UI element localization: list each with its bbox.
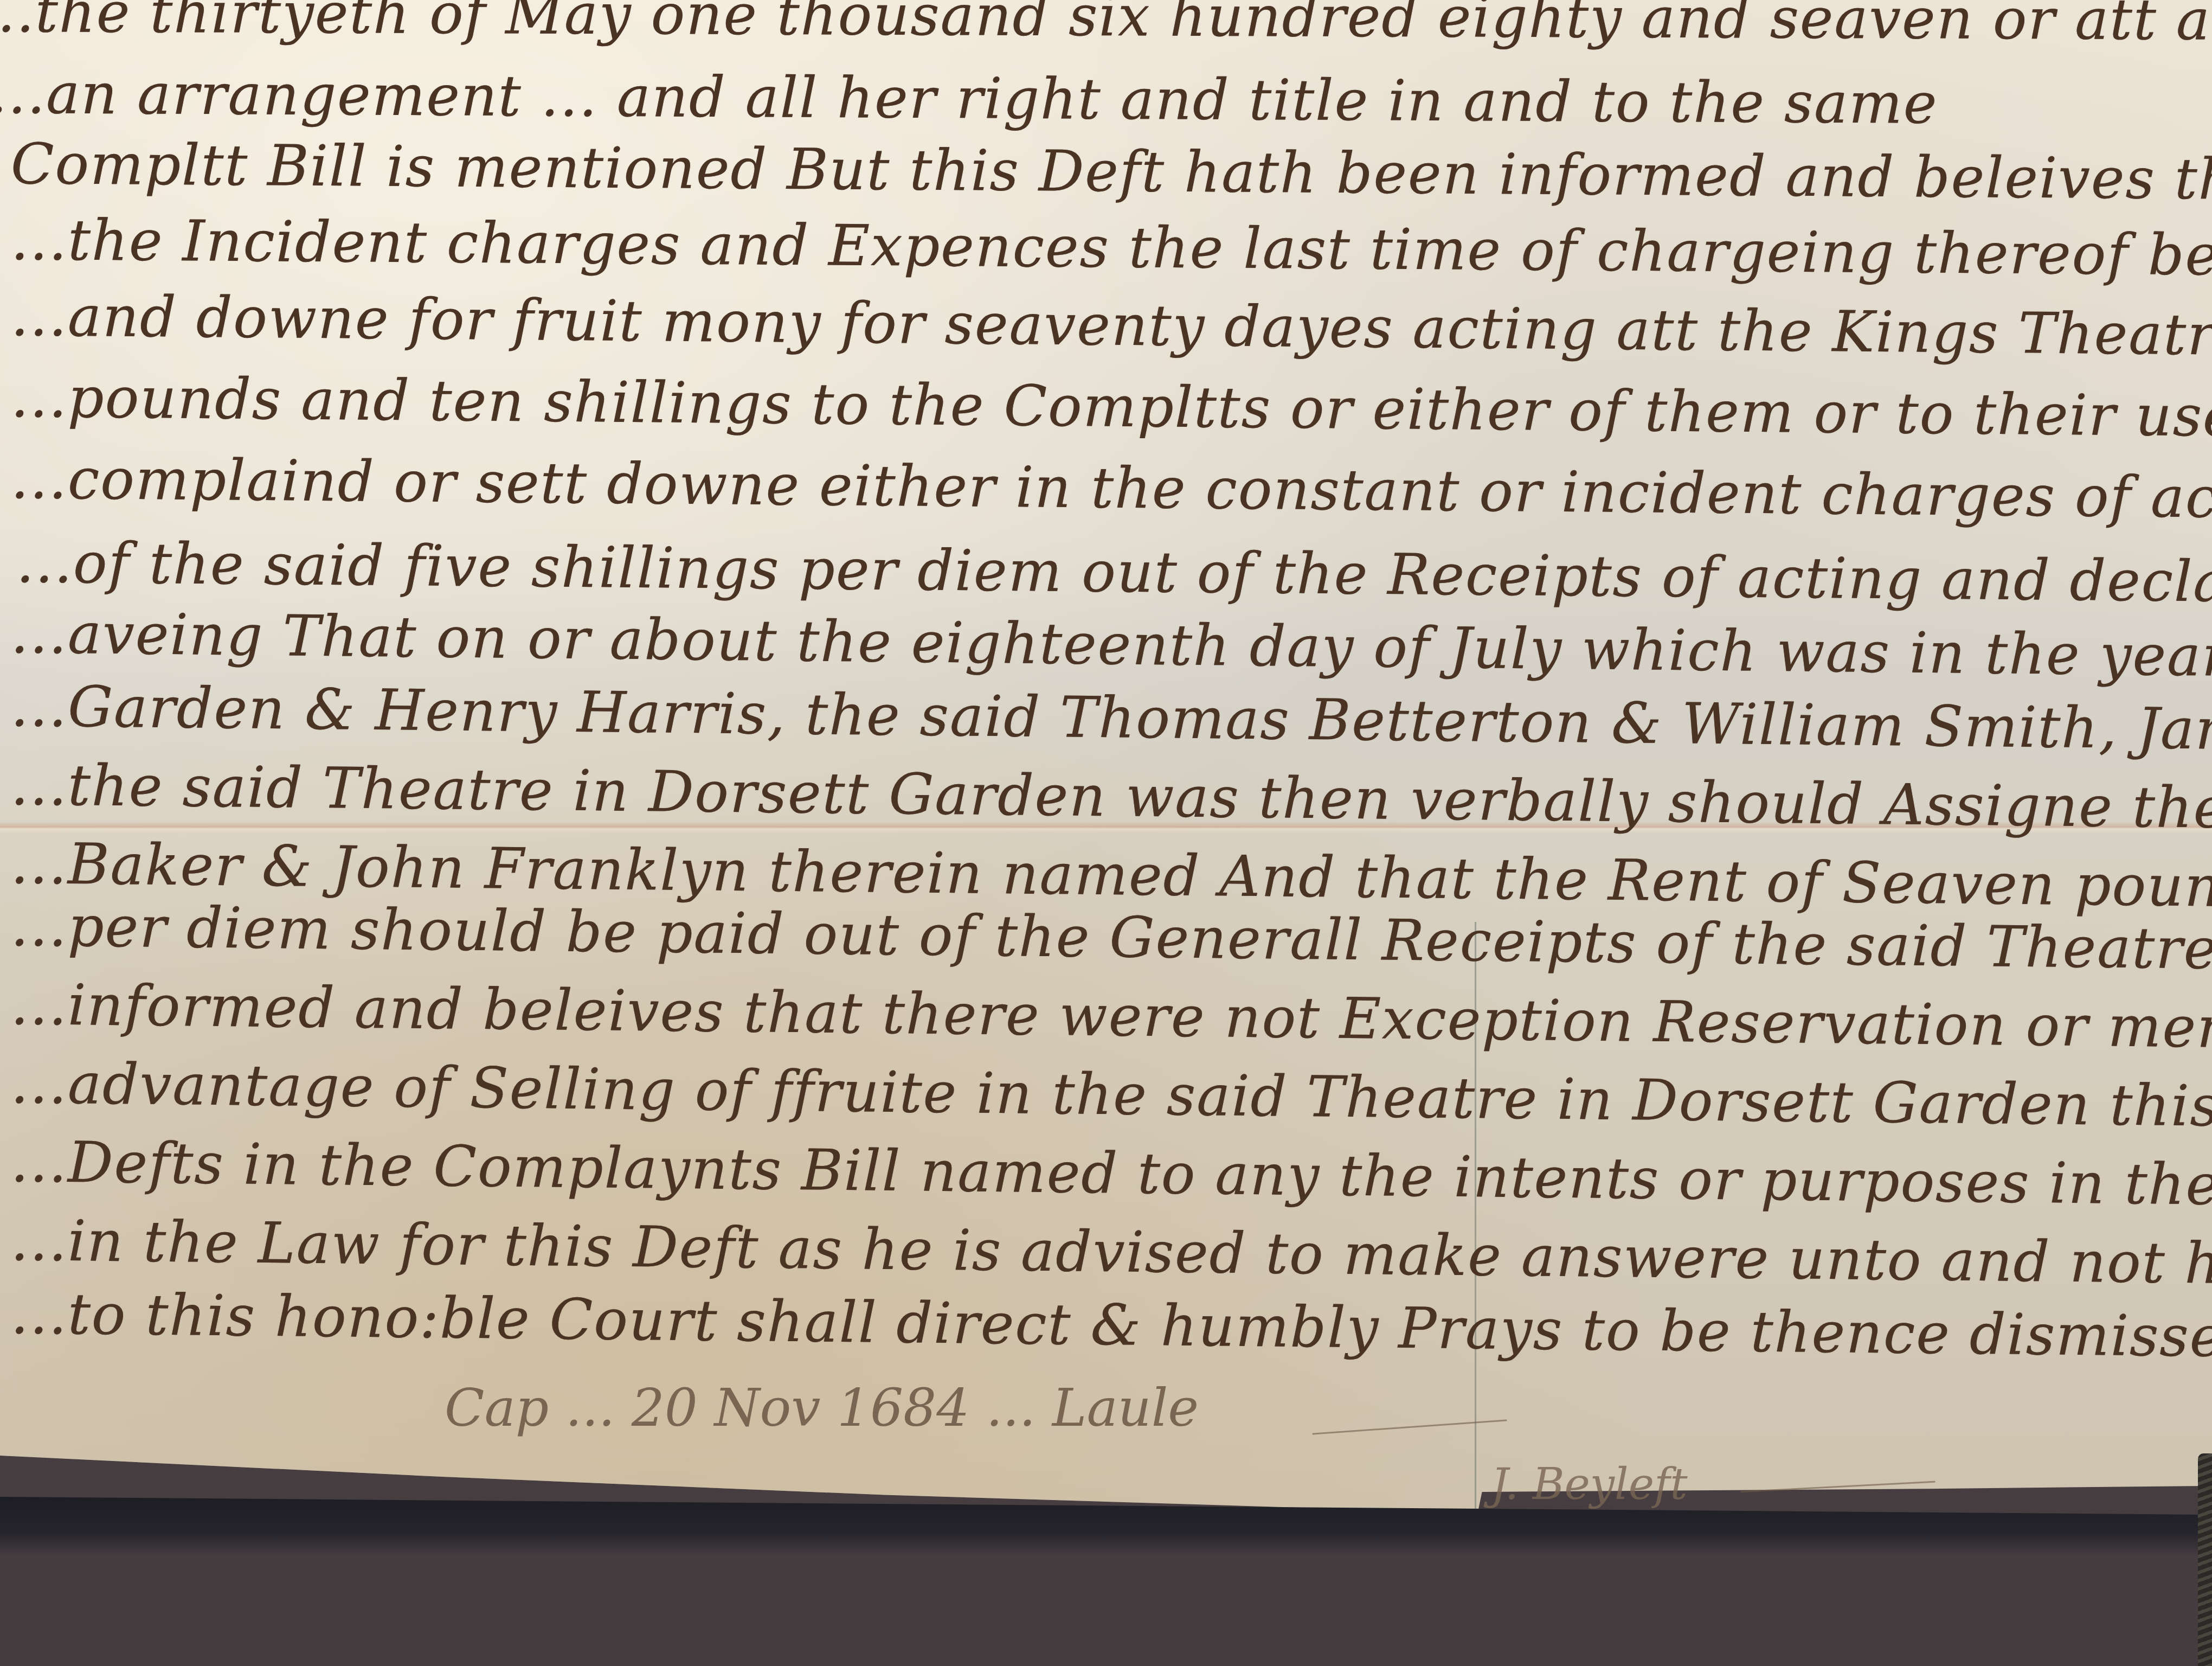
signature: J. Beyleft: [1491, 1459, 1688, 1509]
manuscript-line: ...aveing That on or about the eighteent…: [10, 605, 2212, 688]
rope-cord: [2198, 1453, 2212, 1666]
manuscript-body: ...the thirtyeth of May one thousand six…: [0, 0, 2212, 1464]
parchment-shadow: [0, 1497, 2212, 1556]
manuscript-line: ...Defts in the Complaynts Bill named to…: [10, 1133, 2212, 1218]
manuscript-line: Compltt Bill is mentioned But this Deft …: [11, 136, 2212, 208]
manuscript-line: ...Garden & Henry Harris, the said Thoma…: [10, 678, 2212, 761]
manuscript-line: ...advantage of Selling of ffruite in th…: [10, 1055, 2212, 1139]
manuscript-line: ...the Incident charges and Expences the…: [11, 212, 2212, 285]
manuscript-line: ...to this hono:ble Court shall direct &…: [10, 1285, 2212, 1372]
manuscript-line: ...the said Theatre in Dorsett Garden wa…: [10, 757, 2212, 841]
manuscript-line: ...complaind or sett downe either in the…: [11, 450, 2212, 529]
manuscript-line: ...an arrangement ... and all her right …: [0, 65, 1938, 132]
manuscript-line: ...pounds and ten shillings to the Compl…: [11, 369, 2212, 447]
manuscript-line: ...the thirtyeth of May one thousand six…: [0, 0, 2212, 49]
manuscript-line: ...informed and beleives that there were…: [10, 976, 2212, 1060]
manuscript-line: ...and downe for fruit mony for seaventy…: [11, 287, 2212, 366]
photo-scene: ...the thirtyeth of May one thousand six…: [0, 0, 2212, 1666]
manuscript-line: ...of the said five shillings per diem o…: [16, 534, 2212, 612]
jurat-note: Cap ... 20 Nov 1684 ... Laule: [445, 1377, 1199, 1438]
